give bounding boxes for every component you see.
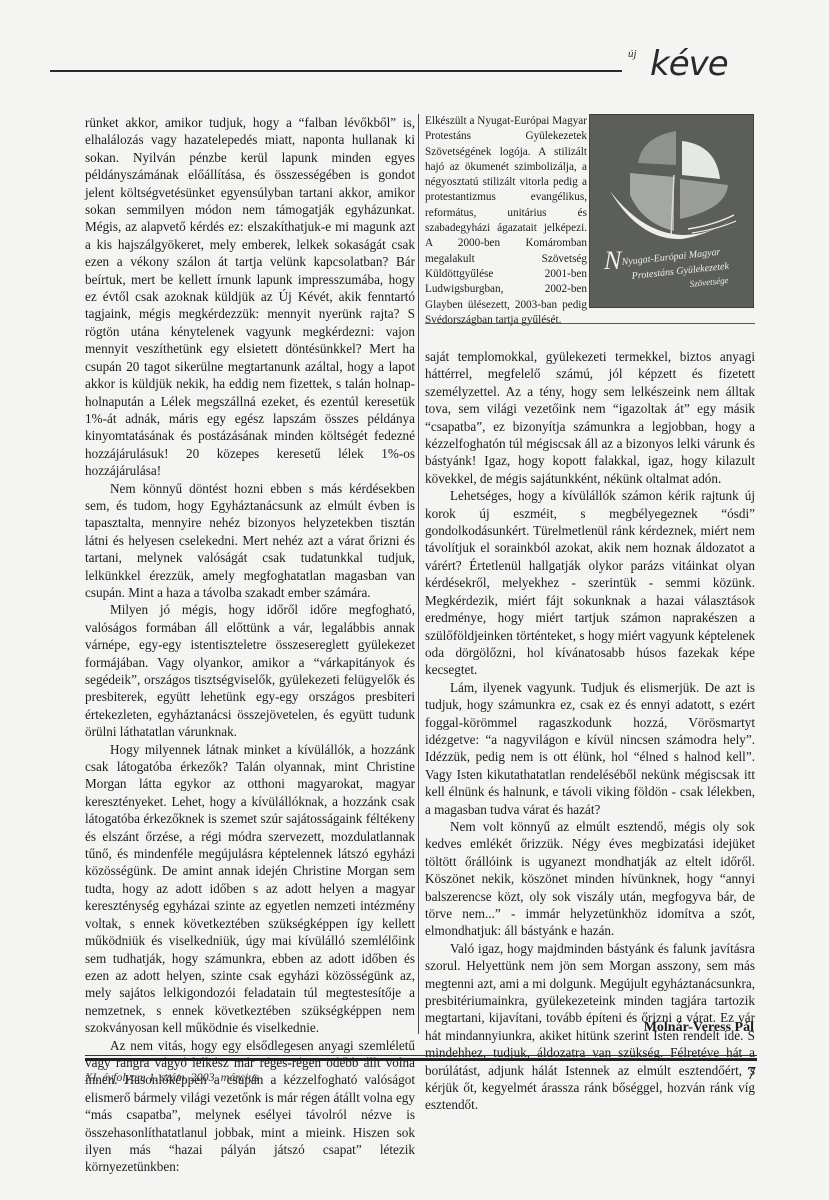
issue-info: XI. évfolyam 1. szám, 2003. március [85,1070,259,1085]
ship-sail-logo-icon: N Nyugat-Európai Magyar Protestáns Gyüle… [590,115,753,307]
paragraph: Nem volt könnyű az elmúlt esztendő, mégi… [425,818,755,940]
paragraph: Nem könnyű döntést hozni ebben s más kér… [85,480,415,602]
column-divider [418,114,419,1034]
footer-rule [85,1055,757,1061]
author-signature: Molnár-Veress Pál [644,1020,754,1036]
paragraph: Lám, ilyenek vagyunk. Tudjuk és elismerj… [425,679,755,818]
left-column: rünket akkor, amikor tudjuk, hogy a “fal… [85,114,415,1176]
paragraph: saját templomokkal, gyülekezeti termekke… [425,348,755,487]
federation-logo: N Nyugat-Európai Magyar Protestáns Gyüle… [589,114,754,308]
paragraph: rünket akkor, amikor tudjuk, hogy a “fal… [85,114,415,480]
masthead-prefix: új [628,48,637,60]
svg-text:N: N [603,246,623,275]
paragraph: Lehetséges, hogy a kívülállók számon kér… [425,487,755,678]
sidebar-rule [425,323,755,324]
logo-caption: Elkészült a Nyugat-Európai Magyar Protes… [425,114,587,328]
right-column: saját templomokkal, gyülekezeti termekke… [425,348,755,1114]
paragraph: Hogy milyennek látnak minket a kívülálló… [85,741,415,1037]
page-number: 7 [747,1063,756,1084]
masthead: új kéve [628,44,768,84]
masthead-rule [50,70,622,72]
masthead-title: kéve [650,44,728,84]
paragraph: Milyen jó mégis, hogy időről időre megfo… [85,601,415,740]
